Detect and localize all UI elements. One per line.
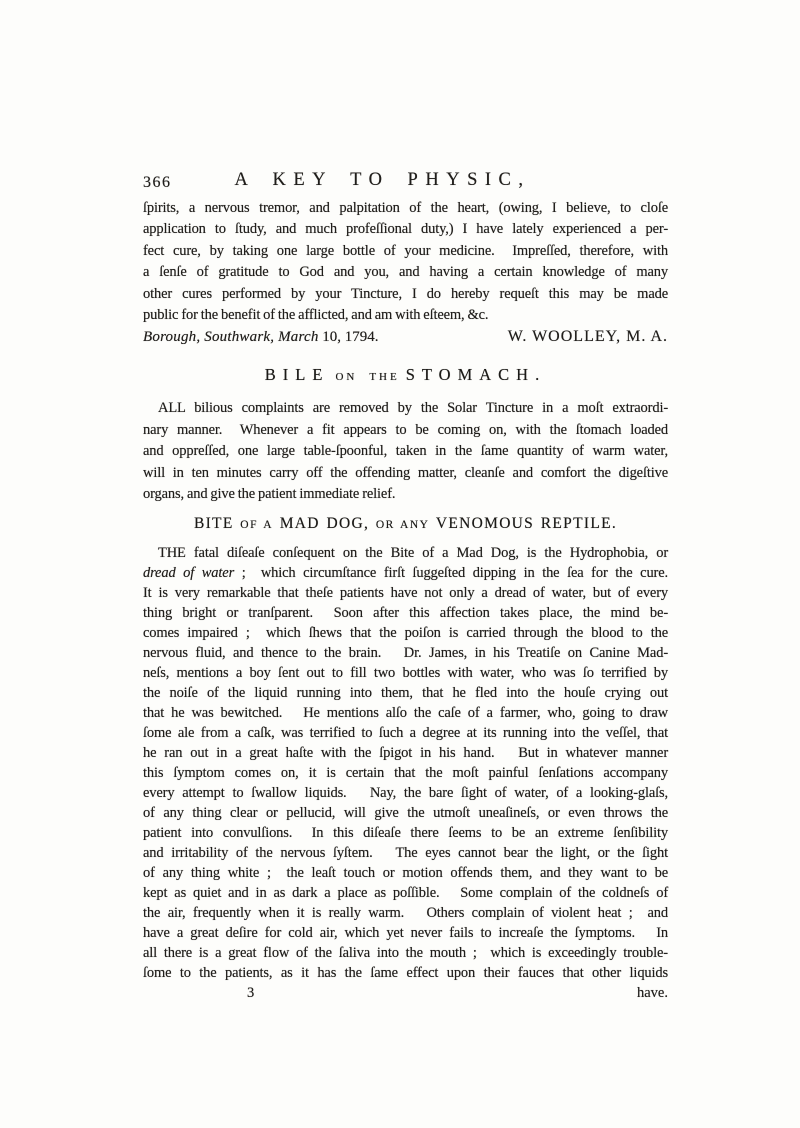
text-line: and irritability of the nervous ſyſtem. … [143,843,668,863]
text-line: ſpirits, a nervous tremor, and palpitati… [143,198,668,219]
testimonial-paragraph: ſpirits, a nervous tremor, and palpitati… [143,198,668,326]
section-heading-bile: BILEontheSTOMACH. [143,363,668,388]
heading-connector: or any [376,519,430,531]
page-number: 366 [143,174,172,192]
text-run: ; which circumſtance firſt ſuggeſted dip… [234,565,668,581]
text-line: kept as quiet and in as dark a place as … [143,883,668,903]
text-line: other cures performed by your Tincture, … [143,284,668,305]
text-line: ſome ale from a caſk, was terrified to ſ… [143,723,668,743]
text-line: THE fatal diſeaſe conſequent on the Bite… [143,543,668,563]
heading-word: VENOMOUS REPTILE. [436,515,617,532]
dateline-place: Borough, Southwark, March 10, 1794. [143,327,379,348]
heading-word: BILE [265,365,330,384]
text-line: he ran out in a great haſte with the ſpi… [143,743,668,763]
text-line: application to ſtudy, and much profeſſio… [143,219,668,240]
text-line: organs, and give the patient immediate r… [143,484,668,505]
heading-connector: on [335,371,357,383]
text-line: comes impaired ; which ſhews that the po… [143,623,668,643]
text-line: of any thing clear or pellucid, will giv… [143,803,668,823]
text-line: that he was bewitched. He mentions alſo … [143,703,668,723]
bite-paragraph: THE fatal diſeaſe conſequent on the Bite… [143,543,668,983]
dateline-place-italic: Borough, Southwark, March [143,329,319,345]
italic-phrase: dread of water [143,565,234,581]
text-line: will in ten minutes carry off the offend… [143,463,668,484]
page-footer: 3 have. [143,983,668,1003]
running-title: A KEY TO PHYSIC, [235,170,531,191]
text-line: public for the benefit of the afflicted,… [143,305,668,326]
book-page: 366 A KEY TO PHYSIC, ſpirits, a nervous … [0,0,800,1128]
text-line: the air, frequently when it is really wa… [143,903,668,923]
text-line: have a great deſire for cold air, which … [143,923,668,943]
text-line: of any thing white ; the leaſt touch or … [143,863,668,883]
letter-dateline: Borough, Southwark, March 10, 1794. W. W… [143,326,668,348]
heading-word: MAD DOG, [280,515,369,532]
text-line: patient into convulſions. In this diſeaſ… [143,823,668,843]
bile-paragraph: ALL bilious complaints are removed by th… [143,398,668,505]
text-line: every attempt to ſwallow liquids. Nay, t… [143,783,668,803]
text-line: and oppreſſed, one large table-ſpoonful,… [143,441,668,462]
heading-word: BITE [194,515,234,532]
text-line: ALL bilious complaints are removed by th… [143,398,668,419]
running-head: 366 A KEY TO PHYSIC, [143,170,668,198]
page-content: 366 A KEY TO PHYSIC, ſpirits, a nervous … [143,170,668,1003]
text-line: this ſymptom comes on, it is certain tha… [143,763,668,783]
dateline-date: 10, 1794. [319,329,379,345]
text-line: nervous fluid, and thence to the brain. … [143,643,668,663]
heading-connector: of a [240,519,273,531]
text-line: fect cure, by taking one large bottle of… [143,241,668,262]
text-line: a ſenſe of gratitude to God and you, and… [143,262,668,283]
catchword: have. [637,983,668,1003]
text-line: dread of water ; which circumſtance firſ… [143,563,668,583]
signature-mark: 3 [247,983,254,1003]
text-line: the noiſe of the liquid running into the… [143,683,668,703]
text-line: neſs, mentions a boy ſent out to fill tw… [143,663,668,683]
heading-word: STOMACH. [406,365,547,384]
text-line: It is very remarkable that theſe patient… [143,583,668,603]
text-line: nary manner. Whenever a fit appears to b… [143,420,668,441]
bite-paragraph-lines: It is very remarkable that theſe patient… [143,583,668,983]
text-line: all there is a great flow of the ſaliva … [143,943,668,963]
section-heading-bite: BITE of a MAD DOG, or any VENOMOUS REPTI… [143,514,668,535]
text-line: thing bright or tranſparent. Soon after … [143,603,668,623]
text-line: ſome to the patients, as it has the ſame… [143,963,668,983]
letter-signature: W. WOOLLEY, M. A. [508,326,668,347]
heading-connector: the [369,371,399,383]
